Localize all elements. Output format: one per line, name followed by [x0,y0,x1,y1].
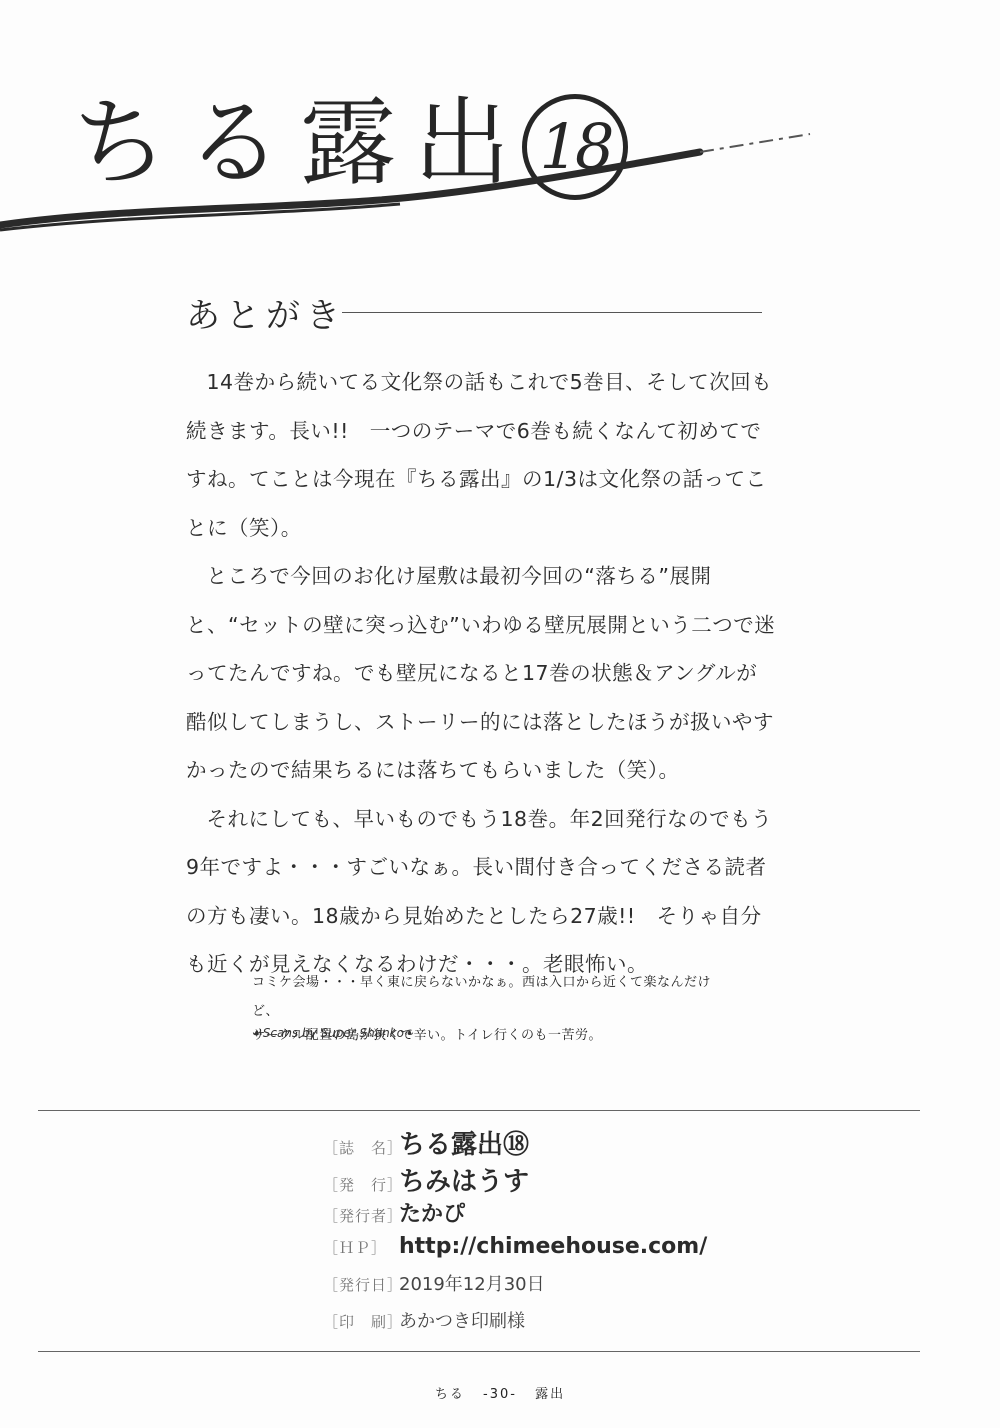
page-footer: ちる -30- 露出 [0,1383,1000,1402]
colophon: ［誌 名］ ちる露出⑱ ［発 行］ ちみはうす ［発行者］ たかぴ ［ＨＰ］ h… [323,1124,707,1343]
colophon-row-printer: ［印 刷］ あかつき印刷様 [323,1307,707,1344]
colophon-label: ［印 刷］ [323,1311,399,1332]
colophon-row-title: ［誌 名］ ちる露出⑱ [323,1124,707,1161]
colophon-bottom-rule [38,1351,920,1352]
afterword-heading: あとがき [186,288,346,337]
page-number: -30- [483,1387,517,1402]
colophon-value: たかぴ [399,1197,465,1228]
colophon-value: ちみはうす [399,1161,529,1198]
heading-rule [342,312,762,313]
colophon-row-date: ［発行日］ 2019年12月30日 [323,1270,707,1307]
colophon-label: ［発行日］ [323,1274,399,1295]
colophon-label: ［誌 名］ [323,1137,399,1158]
colophon-label: ［発行者］ [323,1205,399,1226]
afterword-heading-row: あとがき [186,288,766,338]
colophon-label: ［発 行］ [323,1174,399,1195]
colophon-row-homepage: ［ＨＰ］ http://chimeehouse.com/ [323,1234,707,1271]
colophon-label: ［ＨＰ］ [323,1237,399,1258]
scan-credit: ☙Scans by Super Shanko❧ [252,1026,414,1040]
colophon-value: ちる露出⑱ [399,1124,529,1161]
afterword-paragraph-1: 14巻から続いてる文化祭の話もこれで5巻目、そして次回も続きます。長い!! 一つ… [186,358,776,552]
afterword-paragraph-3: それにしても、早いものでもう18巻。年2回発行なのでもう9年ですよ・・・すごいな… [186,795,776,989]
colophon-row-publisher: ［発 行］ ちみはうす [323,1161,707,1198]
colophon-value: あかつき印刷様 [399,1307,525,1333]
footer-left: ちる [435,1387,465,1402]
colophon-value: 2019年12月30日 [399,1270,545,1296]
note-line-1: コミケ会場・・・早く東に戻らないかなぁ。西は入口から近くて楽なんだけど、 [252,968,732,1026]
footer-right: 露出 [535,1387,565,1402]
colophon-top-rule [38,1110,920,1111]
afterword-paragraph-2: ところで今回のお化け屋敷は最初今回の“落ちる”展開と、“セットの壁に突っ込む”い… [186,552,776,795]
colophon-row-issuer: ［発行者］ たかぴ [323,1197,707,1234]
brush-stroke-divider [0,130,820,240]
homepage-link[interactable]: http://chimeehouse.com/ [399,1234,707,1259]
afterword-body: 14巻から続いてる文化祭の話もこれで5巻目、そして次回も続きます。長い!! 一つ… [186,358,776,989]
